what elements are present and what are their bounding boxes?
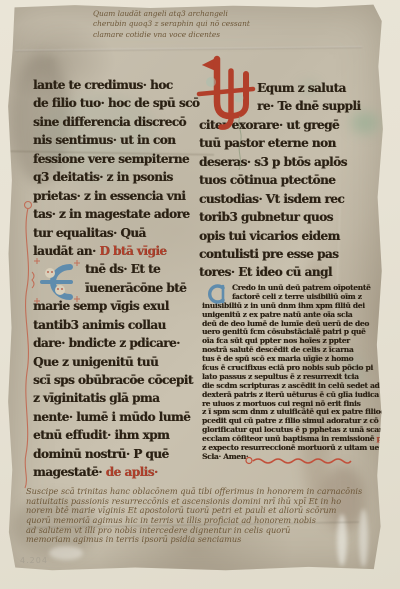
credo-initial [203,283,229,305]
text-line: magestatē· de aplis· [33,463,201,481]
pencil-accession-number: 4.204 [20,556,48,565]
text-line: nis sentimus· ut in con [33,131,201,149]
manuscript-photo: Quam laudāt angeli atq3 archangelicherub… [0,0,400,589]
et-initial [30,258,82,306]
text-line: nente· lumē i mūdo lumē [33,408,201,426]
credo-block: Credo in unū deū patrem oīpotentēfactorē… [202,284,372,462]
text-line: scī sps obūbracōe cōcepit [33,371,201,389]
text-line: deseras· s3 p btōs aplōs [199,153,371,171]
text-line: dominū nostrū· P quē [33,445,201,463]
text-line: prietas· z in essencia vni [33,187,201,205]
text-line: q3 deitatis· z in psonis [33,168,201,186]
text-line: tur equalitas· Quā [33,224,201,242]
text-line: dare· bndicte z pdicare· [33,334,201,352]
text-line: tas· z in magestate adore [33,205,201,223]
text-line: de filio tuo· hoc de spū scō [33,94,201,112]
text-line: opis tui vicarios eidem [199,227,371,245]
text-line: clamare cotidie vna voce dicentes [93,30,253,40]
top-marginal-note: Quam laudāt angeli atq3 archangelicherub… [93,9,253,40]
text-line: lante te credimus· hoc [33,76,201,94]
text-line: tuū pastor eterne non [199,134,371,152]
text-line: Quam laudāt angeli atq3 archangeli [93,9,253,19]
margin-flourish [19,196,35,488]
parchment-leaf: Quam laudāt angeli atq3 archangelicherub… [7,4,384,572]
bottom-marginal-note: Suscipe scā trinitas hanc oblacōnem quā … [26,487,370,545]
line-filler-squiggle [245,456,353,465]
text-line: torib3 gubnetur quos [199,208,371,226]
text-line: contulisti pre esse pas [199,245,371,263]
fold-crease [15,46,362,52]
text-line: tantib3 animis collau [33,316,201,334]
text-line: memoriam agimus in terris ipsorū psidia … [26,535,370,545]
text-line: cherubin quoq3 z seraphin qui nō cessant [93,19,253,29]
chalk-mark [49,546,83,560]
text-line: custodias· Vt isdem rec [199,190,371,208]
text-line: z vīginitatis glā pma [33,389,201,407]
text-line: sine differencia discrecō [33,113,201,131]
text-line: Que z unigenitū tuū [33,353,201,371]
text-line: tuos cōtinua ptectōne [199,171,371,189]
pen-trial-curl [233,116,247,170]
text-line: tores· Et ideo cū angl [199,263,371,281]
text-line: etnū effudit· ihm xpm [33,426,201,444]
text-line: fessione vere sempiterne [33,150,201,168]
